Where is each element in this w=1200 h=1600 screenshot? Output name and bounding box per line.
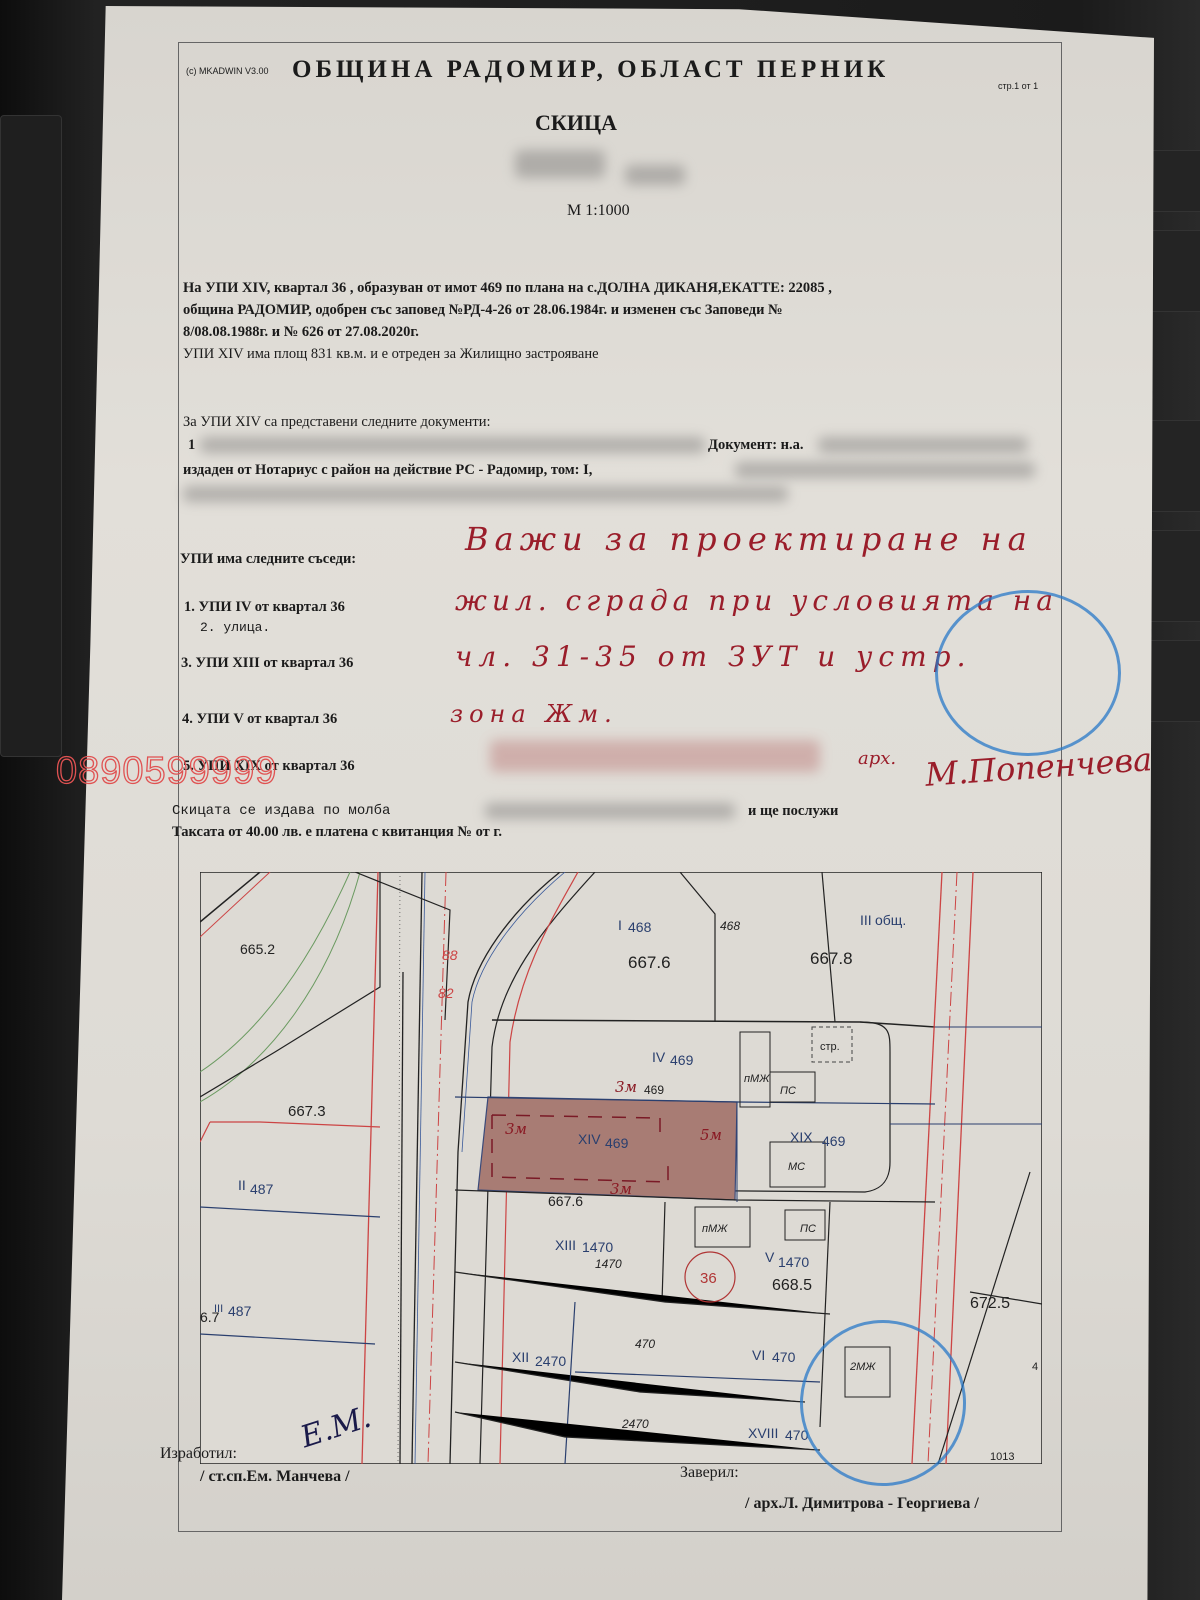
document-type-label: Документ: н.а. [708, 437, 804, 454]
issue-line-prefix: Скицата се издава по молба [172, 803, 390, 819]
redacted-id [515, 150, 605, 178]
handwritten-note-line-1: Важи за проектиране на [465, 520, 1033, 558]
setback-annotation: 3м [505, 1120, 527, 1138]
map-lot-number: 1013 [990, 1451, 1014, 1463]
phone-watermark: 0890599999 [56, 750, 277, 793]
map-lot-label: IV [652, 1049, 666, 1065]
map-lot-label: XVIII [748, 1425, 778, 1441]
neighbour-item: 1. УПИ IV от квартал 36 [184, 599, 345, 616]
map-lot-label: 469 [670, 1052, 694, 1068]
neighbours-title: УПИ има следните съседи: [180, 551, 356, 568]
handwritten-note-line-4: зона Жм. [450, 700, 618, 728]
map-lot-number: 468 [720, 919, 740, 933]
municipality-heading: ОБЩИНА РАДОМИР, ОБЛАСТ ПЕРНИК [292, 56, 889, 84]
map-lot-label: V [765, 1249, 775, 1265]
neighbour-item: 3. УПИ XIII от квартал 36 [181, 655, 353, 672]
made-by-name: / ст.сп.Ем. Манчева / [200, 1468, 350, 1486]
map-lot-label: 470 [772, 1349, 796, 1365]
redacted-registry [735, 462, 1035, 478]
map-building-label: ПС [780, 1085, 796, 1097]
map-lot-label: I [618, 917, 622, 933]
map-elevation: 667.8 [810, 949, 853, 968]
document-title: СКИЦА [535, 110, 617, 136]
map-lot-label: III [860, 912, 872, 928]
map-lot-label: XIV [578, 1131, 601, 1147]
redacted-deed [818, 437, 1028, 453]
setback-annotation: 3м [610, 1180, 632, 1198]
block-number: 36 [700, 1270, 717, 1287]
fee-line: Таксата от 40.00 лв. е платена с квитанц… [172, 824, 502, 841]
map-lot-label: 487 [228, 1303, 252, 1319]
document-item-number: 1 [188, 437, 195, 454]
redacted-handwriting [490, 740, 820, 772]
map-point: 88 [442, 947, 458, 963]
description-line-1: На УПИ XIV, квартал 36 , образуван от им… [183, 280, 832, 297]
map-point: 82 [438, 985, 454, 1001]
map-building-label: пМЖ [702, 1223, 728, 1235]
map-lot-label: XIII [555, 1237, 576, 1253]
setback-annotation: 3м [615, 1078, 637, 1096]
map-lot-label: общ. [875, 912, 906, 928]
software-credit: (c) MKADWIN V3.00 [186, 66, 269, 76]
handwritten-note-line-3: чл. 31-35 от ЗУТ и устр. [455, 640, 971, 673]
map-building-label: МС [788, 1161, 805, 1173]
map-lot-label: 469 [605, 1135, 629, 1151]
map-lot-number: 470 [635, 1337, 655, 1351]
certified-name: / арх.Л. Димитрова - Георгиева / [745, 1495, 979, 1513]
scale-label: М 1:1000 [567, 202, 630, 220]
description-line-4: УПИ XIV има площ 831 кв.м. и е отреден з… [183, 346, 599, 363]
description-line-2: община РАДОМИР, одобрен със заповед №РД-… [183, 302, 783, 319]
map-lot-label: 1470 [778, 1254, 809, 1270]
map-lot-label: VI [752, 1347, 765, 1363]
map-lot-label: 1470 [582, 1239, 613, 1255]
map-building-label: ПС [800, 1223, 816, 1235]
certified-label: Заверил: [680, 1464, 739, 1482]
redacted-applicant [485, 803, 735, 819]
page-indicator: стр.1 от 1 [998, 81, 1038, 91]
map-lot-number: 469 [644, 1083, 664, 1097]
map-lot-number: 2470 [621, 1417, 649, 1431]
map-elevation: 668.5 [772, 1277, 812, 1294]
signature-prefix: арх. [858, 748, 896, 769]
documents-intro: За УПИ XIV са представени следните докум… [183, 414, 491, 431]
map-lot-number: 4 [1032, 1361, 1038, 1373]
map-elevation: 667.6 [628, 953, 671, 972]
neighbour-item: 4. УПИ V от квартал 36 [182, 711, 337, 728]
map-lot-label: II [238, 1177, 246, 1193]
map-lot-label: 487 [250, 1181, 274, 1197]
description-line-3: 8/08.08.1988г. и № 626 от 27.08.2020г. [183, 324, 419, 341]
notary-line: издаден от Нотариус с район на действие … [183, 462, 592, 479]
map-elevation: 672.5 [970, 1295, 1010, 1312]
municipal-stamp [935, 590, 1121, 756]
map-lot-label: III [214, 1303, 223, 1315]
map-lot-label: 2470 [535, 1353, 566, 1369]
map-lot-label: 468 [628, 919, 652, 935]
map-lot-label: 469 [822, 1133, 846, 1149]
map-building-label: пМЖ [744, 1073, 770, 1085]
map-building-label: стр. [820, 1041, 840, 1053]
setback-annotation: 5м [700, 1126, 722, 1144]
redacted-owner [200, 437, 705, 453]
neighbour-item: 2. улица. [200, 620, 270, 635]
laptop-edge [0, 115, 62, 757]
map-lot-label: XII [512, 1349, 529, 1365]
issue-line-suffix: и ще послужи [748, 803, 838, 820]
map-elevation: 665.2 [240, 941, 275, 957]
redacted-registry [183, 486, 788, 502]
map-elevation: 667.6 [548, 1193, 583, 1209]
map-elevation: 667.3 [288, 1103, 326, 1120]
made-by-label: Изработил: [160, 1445, 237, 1463]
redacted-id [625, 165, 685, 185]
map-lot-number: 1470 [595, 1257, 622, 1271]
map-lot-label: XIX [790, 1129, 813, 1145]
